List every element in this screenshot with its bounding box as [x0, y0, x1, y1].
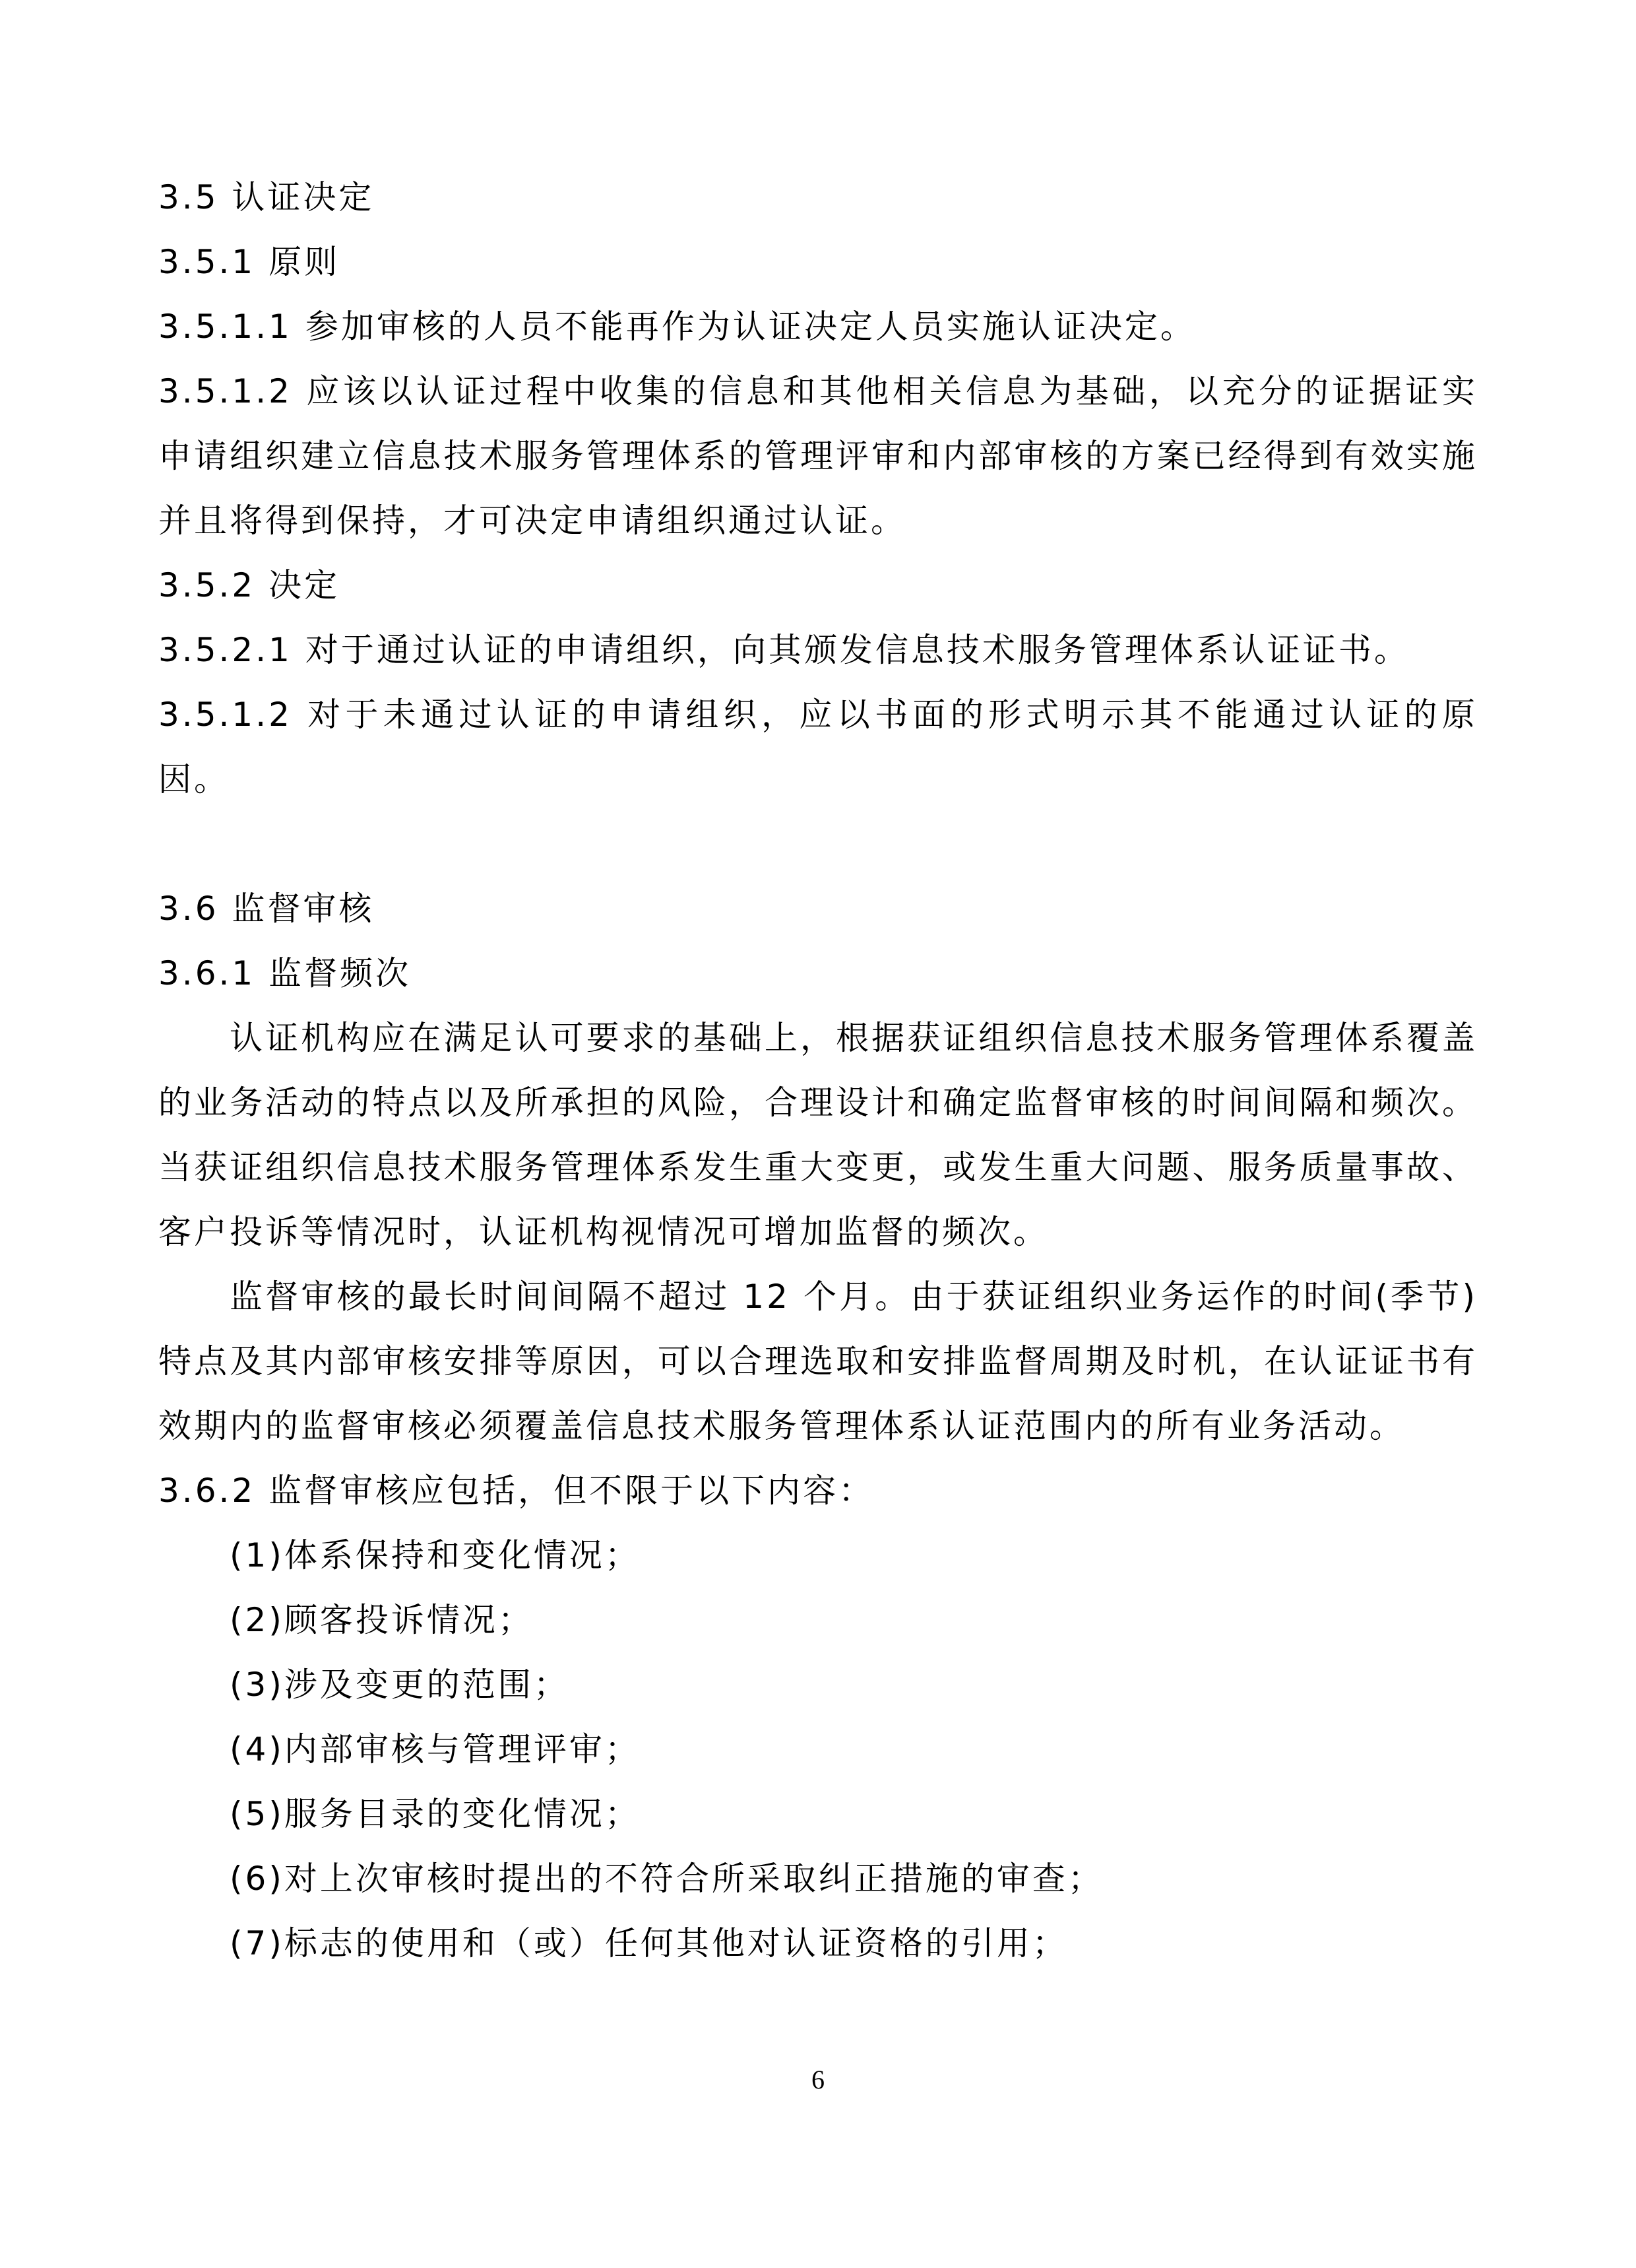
list-item: (5)服务目录的变化情况； — [158, 1782, 1478, 1846]
section-spacer — [158, 812, 1478, 876]
subsection-heading-3-5-2: 3.5.2 决定 — [158, 553, 1478, 618]
list-item: (3)涉及变更的范围； — [158, 1652, 1478, 1717]
list-item: (6)对上次审核时提出的不符合所采取纠正措施的审查； — [158, 1846, 1478, 1911]
paragraph-monitoring-frequency: 认证机构应在满足认可要求的基础上，根据获证组织信息技术服务管理体系覆盖的业务活动… — [158, 1006, 1478, 1264]
clause-3-5-2-2: 3.5.1.2 对于未通过认证的申请组织，应以书面的形式明示其不能通过认证的原因… — [158, 682, 1478, 812]
section-heading-3-5: 3.5 认证决定 — [158, 165, 1478, 230]
paragraph-max-interval: 监督审核的最长时间间隔不超过 12 个月。由于获证组织业务运作的时间(季节)特点… — [158, 1264, 1478, 1458]
list-item: (4)内部审核与管理评审； — [158, 1717, 1478, 1782]
list-item: (2)顾客投诉情况； — [158, 1588, 1478, 1652]
list-item: (7)标志的使用和（或）任何其他对认证资格的引用； — [158, 1911, 1478, 1976]
subsection-heading-3-6-2: 3.6.2 监督审核应包括，但不限于以下内容： — [158, 1458, 1478, 1523]
clause-3-5-2-1: 3.5.2.1 对于通过认证的申请组织，向其颁发信息技术服务管理体系认证证书。 — [158, 618, 1478, 682]
page-number: 6 — [0, 2064, 1636, 2095]
section-heading-3-6: 3.6 监督审核 — [158, 876, 1478, 941]
clause-3-5-1-2: 3.5.1.2 应该以认证过程中收集的信息和其他相关信息为基础，以充分的证据证实… — [158, 359, 1478, 553]
document-page: 3.5 认证决定 3.5.1 原则 3.5.1.1 参加审核的人员不能再作为认证… — [158, 165, 1478, 1976]
clause-3-5-1-1: 3.5.1.1 参加审核的人员不能再作为认证决定人员实施认证决定。 — [158, 294, 1478, 359]
subsection-heading-3-5-1: 3.5.1 原则 — [158, 230, 1478, 294]
subsection-heading-3-6-1: 3.6.1 监督频次 — [158, 941, 1478, 1006]
list-item: (1)体系保持和变化情况； — [158, 1523, 1478, 1588]
